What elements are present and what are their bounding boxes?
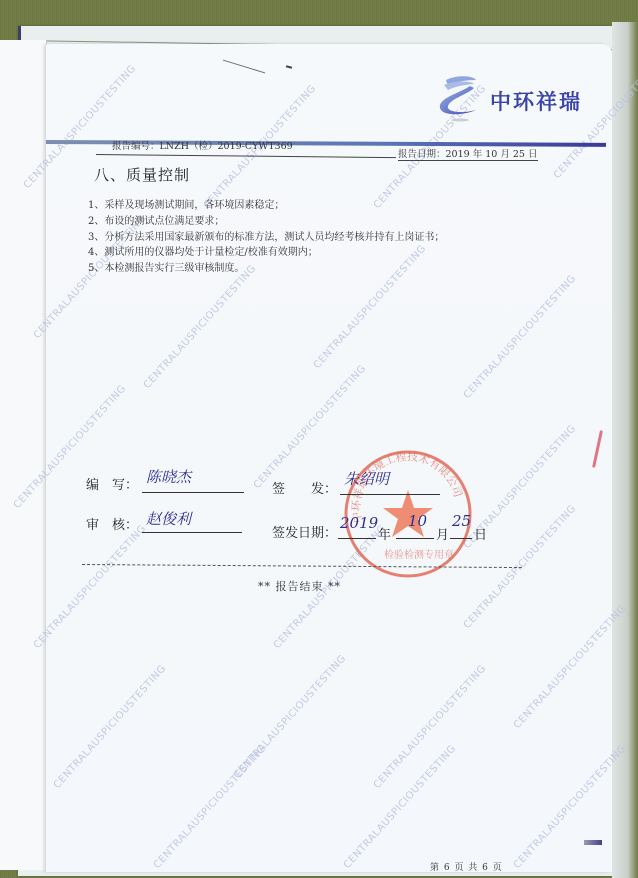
logo-text: 中环祥瑞 [490,86,582,116]
issue-month: 10 [408,512,427,530]
issue-year: 2019 [340,514,378,532]
reviewer-signature: 赵俊利 [146,508,191,529]
year-unit: 年 [378,524,391,543]
footer-bar [584,840,602,845]
signature-line [450,538,472,539]
reviewer-label: 审 核： [86,514,138,533]
month-unit: 月 [436,524,449,543]
issuer-signature: 朱绍明 [344,468,389,489]
list-item: 3、分析方法采用国家最新颁布的标准方法，测试人员均经考核并持有上岗证书； [88,230,444,246]
list-item: 4、测试所用的仪器均处于计量检定/校准有效期内； [88,245,444,261]
report-end: ** 报告结束 ** [258,578,341,594]
signature-line [340,494,440,495]
list-item: 2、布设的测试点位满足要求； [88,214,444,230]
list-item: 5、本检测报告实行三级审核制度。 [88,261,444,277]
signature-line [142,492,244,493]
divider [398,160,538,161]
author-label: 编 写： [86,474,138,493]
issue-date-label: 签发日期： [272,522,337,541]
issue-day: 25 [452,512,471,530]
quality-control-list: 1、采样及现场测试期间，各环境因素稳定； 2、布设的测试点位满足要求； 3、分析… [88,198,444,277]
report-date: 报告日期：2019 年 10 月 25 日 [398,146,537,160]
list-item: 1、采样及现场测试期间，各环境因素稳定； [88,198,444,214]
svg-text:检验检测专用章: 检验检测专用章 [384,548,454,561]
author-signature: 陈晓杰 [146,466,191,487]
report-number: 报告编号：LNZH（检）2019-CYWT369 [112,138,293,152]
signature-line [396,538,434,539]
section-title: 八、质量控制 [94,164,190,185]
signature-line [142,532,242,533]
swirl-logo-icon [432,72,488,126]
signature-line [338,538,376,539]
issuer-label: 签 发： [272,478,337,497]
company-logo: 中环祥瑞 [432,72,622,124]
day-unit: 日 [474,524,487,543]
page-indicator: 第 6 页 共 6 页 [430,860,503,873]
